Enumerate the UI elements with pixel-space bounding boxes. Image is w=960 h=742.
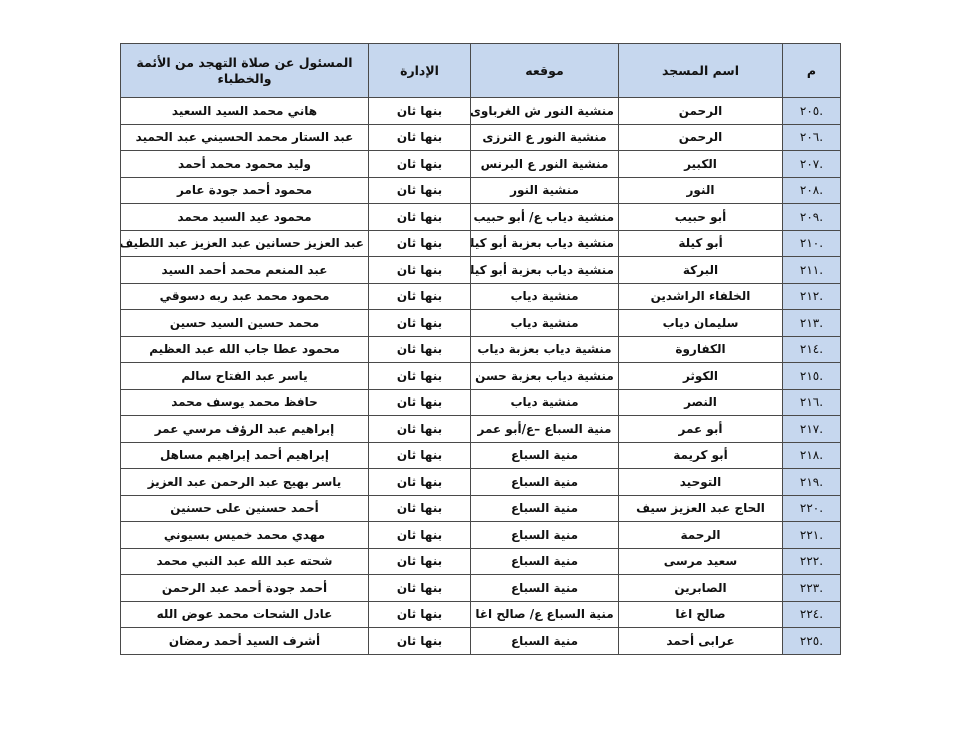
- num-cell: .٢١٩: [783, 469, 841, 496]
- responsible-cell: مهدي محمد خميس بسيوني: [121, 522, 369, 549]
- mosque-name-cell: الصابرين: [619, 575, 783, 602]
- mosque-name-cell: الكوثر: [619, 363, 783, 390]
- administration-cell: بنها ثان: [369, 177, 471, 204]
- responsible-cell: أحمد جودة أحمد عبد الرحمن: [121, 575, 369, 602]
- location-cell: منية السباع: [471, 628, 619, 655]
- table-row: .٢١٢الخلفاء الراشدينمنشية دياببنها ثانمح…: [121, 283, 841, 310]
- num-cell: .٢١٥: [783, 363, 841, 390]
- responsible-cell: أحمد حسنين على حسنين: [121, 495, 369, 522]
- location-cell: منشية دياب بعزبة أبو كيلة: [471, 257, 619, 284]
- responsible-cell: عبد العزيز حسانين عبد العزيز عبد اللطيف: [121, 230, 369, 257]
- num-cell: .٢٠٧: [783, 151, 841, 178]
- mosque-name-cell: التوحيد: [619, 469, 783, 496]
- administration-cell: بنها ثان: [369, 151, 471, 178]
- responsible-cell: حافظ محمد يوسف محمد: [121, 389, 369, 416]
- responsible-cell: ياسر بهيج عبد الرحمن عبد العزيز: [121, 469, 369, 496]
- administration-cell: بنها ثان: [369, 416, 471, 443]
- responsible-cell: عبد المنعم محمد أحمد السيد: [121, 257, 369, 284]
- mosque-name-cell: صالح اغا: [619, 601, 783, 628]
- administration-cell: بنها ثان: [369, 495, 471, 522]
- table-row: .٢٠٧الكبيرمنشية النور ع البرنسبنها ثانول…: [121, 151, 841, 178]
- administration-cell: بنها ثان: [369, 628, 471, 655]
- responsible-cell: عادل الشحات محمد عوض الله: [121, 601, 369, 628]
- table-row: .٢٠٥الرحمنمنشية النور ش الغرباوىبنها ثان…: [121, 98, 841, 125]
- table-row: .٢٢٠الحاج عبد العزيز سيفمنية السباعبنها …: [121, 495, 841, 522]
- num-cell: .٢١٧: [783, 416, 841, 443]
- responsible-cell: محمود محمد عبد ربه دسوقي: [121, 283, 369, 310]
- mosque-name-cell: الرحمن: [619, 98, 783, 125]
- mosque-name-cell: الرحمة: [619, 522, 783, 549]
- responsible-cell: شحته عبد الله عبد النبي محمد: [121, 548, 369, 575]
- location-cell: منية السباع: [471, 548, 619, 575]
- mosque-name-cell: سعيد مرسى: [619, 548, 783, 575]
- location-cell: منية السباع: [471, 469, 619, 496]
- table-body: .٢٠٥الرحمنمنشية النور ش الغرباوىبنها ثان…: [121, 98, 841, 655]
- location-cell: منشية دياب بعزبة حسن: [471, 363, 619, 390]
- location-cell: منية السباع: [471, 575, 619, 602]
- location-cell: منية السباع ع/ صالح اغا: [471, 601, 619, 628]
- administration-cell: بنها ثان: [369, 230, 471, 257]
- location-cell: منية السباع: [471, 442, 619, 469]
- num-cell: .٢٢٥: [783, 628, 841, 655]
- responsible-cell: إبراهيم عبد الرؤف مرسي عمر: [121, 416, 369, 443]
- administration-cell: بنها ثان: [369, 310, 471, 337]
- mosque-name-cell: النصر: [619, 389, 783, 416]
- location-cell: منشية النور ع الترزى: [471, 124, 619, 151]
- table-row: .٢١٠أبو كيلةمنشية دياب بعزبة أبو كيلةبنه…: [121, 230, 841, 257]
- location-cell: منشية دياب: [471, 389, 619, 416]
- mosque-name-cell: الحاج عبد العزيز سيف: [619, 495, 783, 522]
- administration-cell: بنها ثان: [369, 522, 471, 549]
- mosque-name-cell: أبو كريمة: [619, 442, 783, 469]
- num-cell: .٢٢٤: [783, 601, 841, 628]
- table-row: .٢٢٣الصابرينمنية السباعبنها ثانأحمد جودة…: [121, 575, 841, 602]
- mosque-name-cell: البركة: [619, 257, 783, 284]
- table-row: .٢١٩التوحيدمنية السباعبنها ثانياسر بهيج …: [121, 469, 841, 496]
- table-row: .٢١٣سليمان ديابمنشية دياببنها ثانمحمد حس…: [121, 310, 841, 337]
- header-mosque-name: اسم المسجد: [619, 44, 783, 98]
- location-cell: منشية دياب بعزبة أبو كيلة: [471, 230, 619, 257]
- location-cell: منية السباع: [471, 495, 619, 522]
- responsible-cell: هاني محمد السيد السعيد: [121, 98, 369, 125]
- location-cell: منشية النور: [471, 177, 619, 204]
- mosque-table: م اسم المسجد موقعه الإدارة المسئول عن صل…: [120, 43, 841, 655]
- responsible-cell: محمود عيد السيد محمد: [121, 204, 369, 231]
- responsible-cell: إبراهيم أحمد إبراهيم مساهل: [121, 442, 369, 469]
- administration-cell: بنها ثان: [369, 124, 471, 151]
- responsible-cell: محمد حسين السيد حسين: [121, 310, 369, 337]
- table-row: .٢١٦النصرمنشية دياببنها ثانحافظ محمد يوس…: [121, 389, 841, 416]
- mosque-name-cell: عرابى أحمد: [619, 628, 783, 655]
- administration-cell: بنها ثان: [369, 257, 471, 284]
- table-row: .٢٢٢سعيد مرسىمنية السباعبنها ثانشحته عبد…: [121, 548, 841, 575]
- num-cell: .٢٠٩: [783, 204, 841, 231]
- mosque-name-cell: أبو عمر: [619, 416, 783, 443]
- mosque-name-cell: الخلفاء الراشدين: [619, 283, 783, 310]
- header-administration: الإدارة: [369, 44, 471, 98]
- table-row: .٢١٧أبو عمرمنية السباع –ع/أبو عمربنها ثا…: [121, 416, 841, 443]
- num-cell: .٢١٤: [783, 336, 841, 363]
- table-row: .٢٢٥عرابى أحمدمنية السباعبنها ثانأشرف ال…: [121, 628, 841, 655]
- location-cell: منشية دياب بعزبة دياب: [471, 336, 619, 363]
- num-cell: .٢٢٢: [783, 548, 841, 575]
- administration-cell: بنها ثان: [369, 363, 471, 390]
- table-row: .٢١١البركةمنشية دياب بعزبة أبو كيلةبنها …: [121, 257, 841, 284]
- administration-cell: بنها ثان: [369, 469, 471, 496]
- responsible-cell: عبد الستار محمد الحسيني عبد الحميد: [121, 124, 369, 151]
- administration-cell: بنها ثان: [369, 98, 471, 125]
- num-cell: .٢١٦: [783, 389, 841, 416]
- num-cell: .٢١٢: [783, 283, 841, 310]
- num-cell: .٢٢١: [783, 522, 841, 549]
- mosque-name-cell: الكبير: [619, 151, 783, 178]
- table-row: .٢٢١الرحمةمنية السباعبنها ثانمهدي محمد خ…: [121, 522, 841, 549]
- administration-cell: بنها ثان: [369, 204, 471, 231]
- document-page: م اسم المسجد موقعه الإدارة المسئول عن صل…: [0, 0, 960, 742]
- administration-cell: بنها ثان: [369, 548, 471, 575]
- mosque-name-cell: الرحمن: [619, 124, 783, 151]
- responsible-cell: أشرف السيد أحمد رمضان: [121, 628, 369, 655]
- location-cell: منشية دياب: [471, 283, 619, 310]
- mosque-name-cell: أبو حبيب: [619, 204, 783, 231]
- table-header-row: م اسم المسجد موقعه الإدارة المسئول عن صل…: [121, 44, 841, 98]
- num-cell: .٢١١: [783, 257, 841, 284]
- administration-cell: بنها ثان: [369, 601, 471, 628]
- table-row: .٢٠٦الرحمنمنشية النور ع الترزىبنها ثانعب…: [121, 124, 841, 151]
- responsible-cell: محمود أحمد جودة عامر: [121, 177, 369, 204]
- num-cell: .٢١٨: [783, 442, 841, 469]
- location-cell: منية السباع: [471, 522, 619, 549]
- location-cell: منشية دياب ع/ أبو حبيب: [471, 204, 619, 231]
- header-location: موقعه: [471, 44, 619, 98]
- num-cell: .٢٠٦: [783, 124, 841, 151]
- header-responsible: المسئول عن صلاة التهجد من الأئمة والخطبا…: [121, 44, 369, 98]
- location-cell: منشية النور ع البرنس: [471, 151, 619, 178]
- header-num: م: [783, 44, 841, 98]
- responsible-cell: ياسر عبد الفتاح سالم: [121, 363, 369, 390]
- num-cell: .٢٠٥: [783, 98, 841, 125]
- administration-cell: بنها ثان: [369, 283, 471, 310]
- administration-cell: بنها ثان: [369, 389, 471, 416]
- num-cell: .٢٢٣: [783, 575, 841, 602]
- num-cell: .٢١٣: [783, 310, 841, 337]
- responsible-cell: محمود عطا جاب الله عبد العظيم: [121, 336, 369, 363]
- location-cell: منية السباع –ع/أبو عمر: [471, 416, 619, 443]
- responsible-cell: وليد محمود محمد أحمد: [121, 151, 369, 178]
- location-cell: منشية دياب: [471, 310, 619, 337]
- num-cell: .٢١٠: [783, 230, 841, 257]
- administration-cell: بنها ثان: [369, 336, 471, 363]
- table-row: .٢١٤الكفاروةمنشية دياب بعزبة دياببنها ثا…: [121, 336, 841, 363]
- table-row: .٢١٥الكوثرمنشية دياب بعزبة حسنبنها ثانيا…: [121, 363, 841, 390]
- num-cell: .٢٠٨: [783, 177, 841, 204]
- location-cell: منشية النور ش الغرباوى: [471, 98, 619, 125]
- table-row: .٢٠٨النورمنشية النوربنها ثانمحمود أحمد ج…: [121, 177, 841, 204]
- table-row: .٢١٨أبو كريمةمنية السباعبنها ثانإبراهيم …: [121, 442, 841, 469]
- mosque-name-cell: النور: [619, 177, 783, 204]
- mosque-name-cell: سليمان دياب: [619, 310, 783, 337]
- table-row: .٢٠٩أبو حبيبمنشية دياب ع/ أبو حبيببنها ث…: [121, 204, 841, 231]
- administration-cell: بنها ثان: [369, 575, 471, 602]
- administration-cell: بنها ثان: [369, 442, 471, 469]
- mosque-name-cell: أبو كيلة: [619, 230, 783, 257]
- table-row: .٢٢٤صالح اغامنية السباع ع/ صالح اغابنها …: [121, 601, 841, 628]
- mosque-name-cell: الكفاروة: [619, 336, 783, 363]
- num-cell: .٢٢٠: [783, 495, 841, 522]
